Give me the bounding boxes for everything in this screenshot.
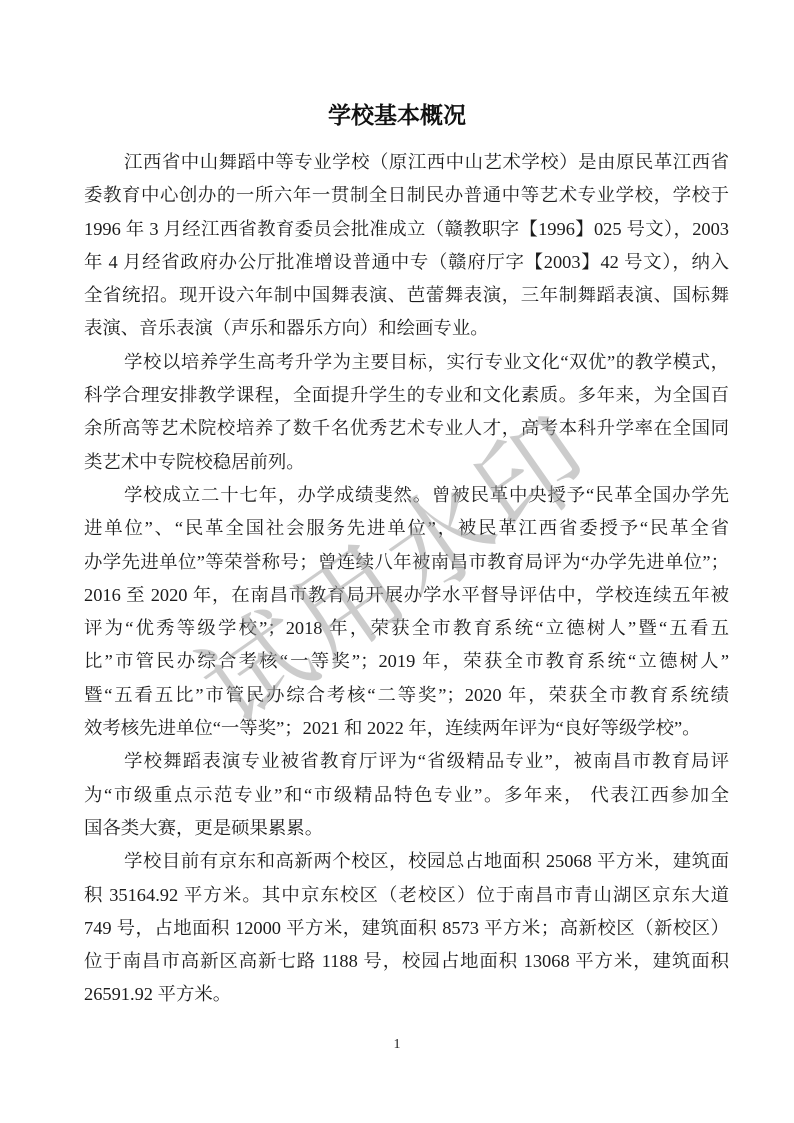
paragraph-line: 暨“五看五比”市管民办综合考核“二等奖”；2020 年，荣获全市教育系统绩 (84, 679, 729, 712)
paragraph-line: 学校成立二十七年，办学成绩斐然。曾被民革中央授予“民革全国办学先 (84, 479, 729, 512)
paragraph-line: 表演、音乐表演（声乐和器乐方向）和绘画专业。 (84, 312, 729, 345)
paragraph-line: 办学先进单位”等荣誉称号；曾连续八年被南昌市教育局评为“办学先进单位”； (84, 546, 729, 579)
document-page: 学校基本概况 江西省中山舞蹈中等专业学校（原江西中山艺术学校）是由原民革江西省 … (0, 0, 794, 1123)
paragraph-line: 类艺术中专院校稳居前列。 (84, 446, 729, 479)
paragraph-line: 年 4 月经省政府办公厅批准增设普通中专（赣府厅字【2003】42 号文），纳入 (84, 246, 729, 279)
page-number: 1 (0, 1037, 794, 1053)
document-body: 江西省中山舞蹈中等专业学校（原江西中山艺术学校）是由原民革江西省 委教育中心创办… (84, 146, 729, 1012)
paragraph-line: 国各类大赛，更是硕果累累。 (84, 812, 729, 845)
paragraph-line: 26591.92 平方米。 (84, 978, 729, 1011)
paragraph-line: 学校舞蹈表演专业被省教育厅评为“省级精品专业”，被南昌市教育局评 (84, 745, 729, 778)
paragraph-line: 全省统招。现开设六年制中国舞表演、芭蕾舞表演，三年制舞蹈表演、国标舞 (84, 279, 729, 312)
paragraph-line: 余所高等艺术院校培养了数千名优秀艺术专业人才，高考本科升学率在全国同 (84, 412, 729, 445)
paragraph-line: 委教育中心创办的一所六年一贯制全日制民办普通中等艺术专业学校，学校于 (84, 179, 729, 212)
paragraph-line: 江西省中山舞蹈中等专业学校（原江西中山艺术学校）是由原民革江西省 (84, 146, 729, 179)
paragraph-line: 学校以培养学生高考升学为主要目标，实行专业文化“双优”的教学模式， (84, 346, 729, 379)
paragraph-1: 江西省中山舞蹈中等专业学校（原江西中山艺术学校）是由原民革江西省 委教育中心创办… (84, 146, 729, 346)
paragraph-line: 效考核先进单位“一等奖”；2021 和 2022 年，连续两年评为“良好等级学校… (84, 712, 729, 745)
paragraph-line: 2016 至 2020 年，在南昌市教育局开展办学水平督导评估中，学校连续五年被 (84, 579, 729, 612)
paragraph-4: 学校舞蹈表演专业被省教育厅评为“省级精品专业”，被南昌市教育局评 为“市级重点示… (84, 745, 729, 845)
paragraph-line: 1996 年 3 月经江西省教育委员会批准成立（赣教职字【1996】025 号文… (84, 213, 729, 246)
paragraph-line: 位于南昌市高新区高新七路 1188 号，校园占地面积 13068 平方米，建筑面… (84, 945, 729, 978)
paragraph-line: 科学合理安排教学课程，全面提升学生的专业和文化素质。多年来，为全国百 (84, 379, 729, 412)
paragraph-line: 评为“优秀等级学校”；2018 年，荣获全市教育系统“立德树人”暨“五看五 (84, 612, 729, 645)
paragraph-line: 为“市级重点示范专业”和“市级精品特色专业”。多年来， 代表江西参加全 (84, 779, 729, 812)
paragraph-5: 学校目前有京东和高新两个校区，校园总占地面积 25068 平方米，建筑面 积 3… (84, 845, 729, 1011)
paragraph-line: 749 号，占地面积 12000 平方米，建筑面积 8573 平方米；高新校区（… (84, 912, 729, 945)
paragraph-line: 比”市管民办综合考核“一等奖”；2019 年，荣获全市教育系统“立德树人” (84, 645, 729, 678)
paragraph-line: 学校目前有京东和高新两个校区，校园总占地面积 25068 平方米，建筑面 (84, 845, 729, 878)
paragraph-3: 学校成立二十七年，办学成绩斐然。曾被民革中央授予“民革全国办学先 进单位”、“民… (84, 479, 729, 745)
paragraph-line: 进单位”、“民革全国社会服务先进单位”，被民革江西省委授予“民革全省 (84, 512, 729, 545)
document-title: 学校基本概况 (0, 97, 794, 130)
paragraph-2: 学校以培养学生高考升学为主要目标，实行专业文化“双优”的教学模式， 科学合理安排… (84, 346, 729, 479)
paragraph-line: 积 35164.92 平方米。其中京东校区（老校区）位于南昌市青山湖区京东大道 (84, 879, 729, 912)
